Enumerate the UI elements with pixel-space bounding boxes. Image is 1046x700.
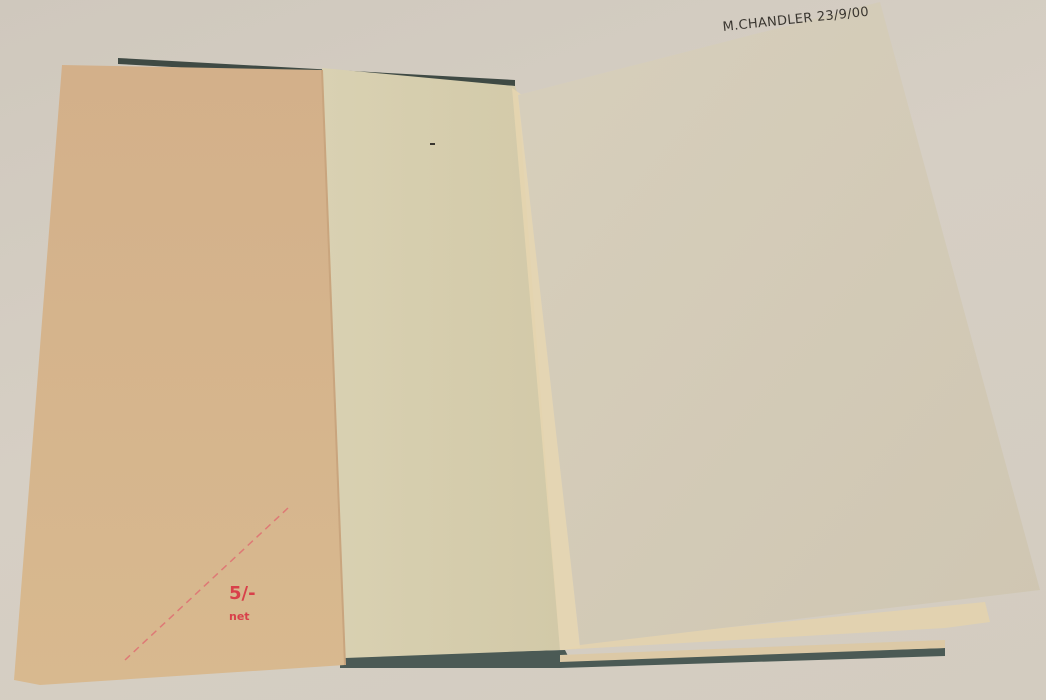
book-illustration [0, 0, 1046, 700]
jacket-flap [14, 65, 345, 685]
book-photo: M.CHANDLER 23/9/00 5/- net [0, 0, 1046, 700]
price-net-label: net [229, 610, 250, 623]
flyleaf [518, 2, 1040, 645]
price-label: 5/- [229, 583, 256, 604]
